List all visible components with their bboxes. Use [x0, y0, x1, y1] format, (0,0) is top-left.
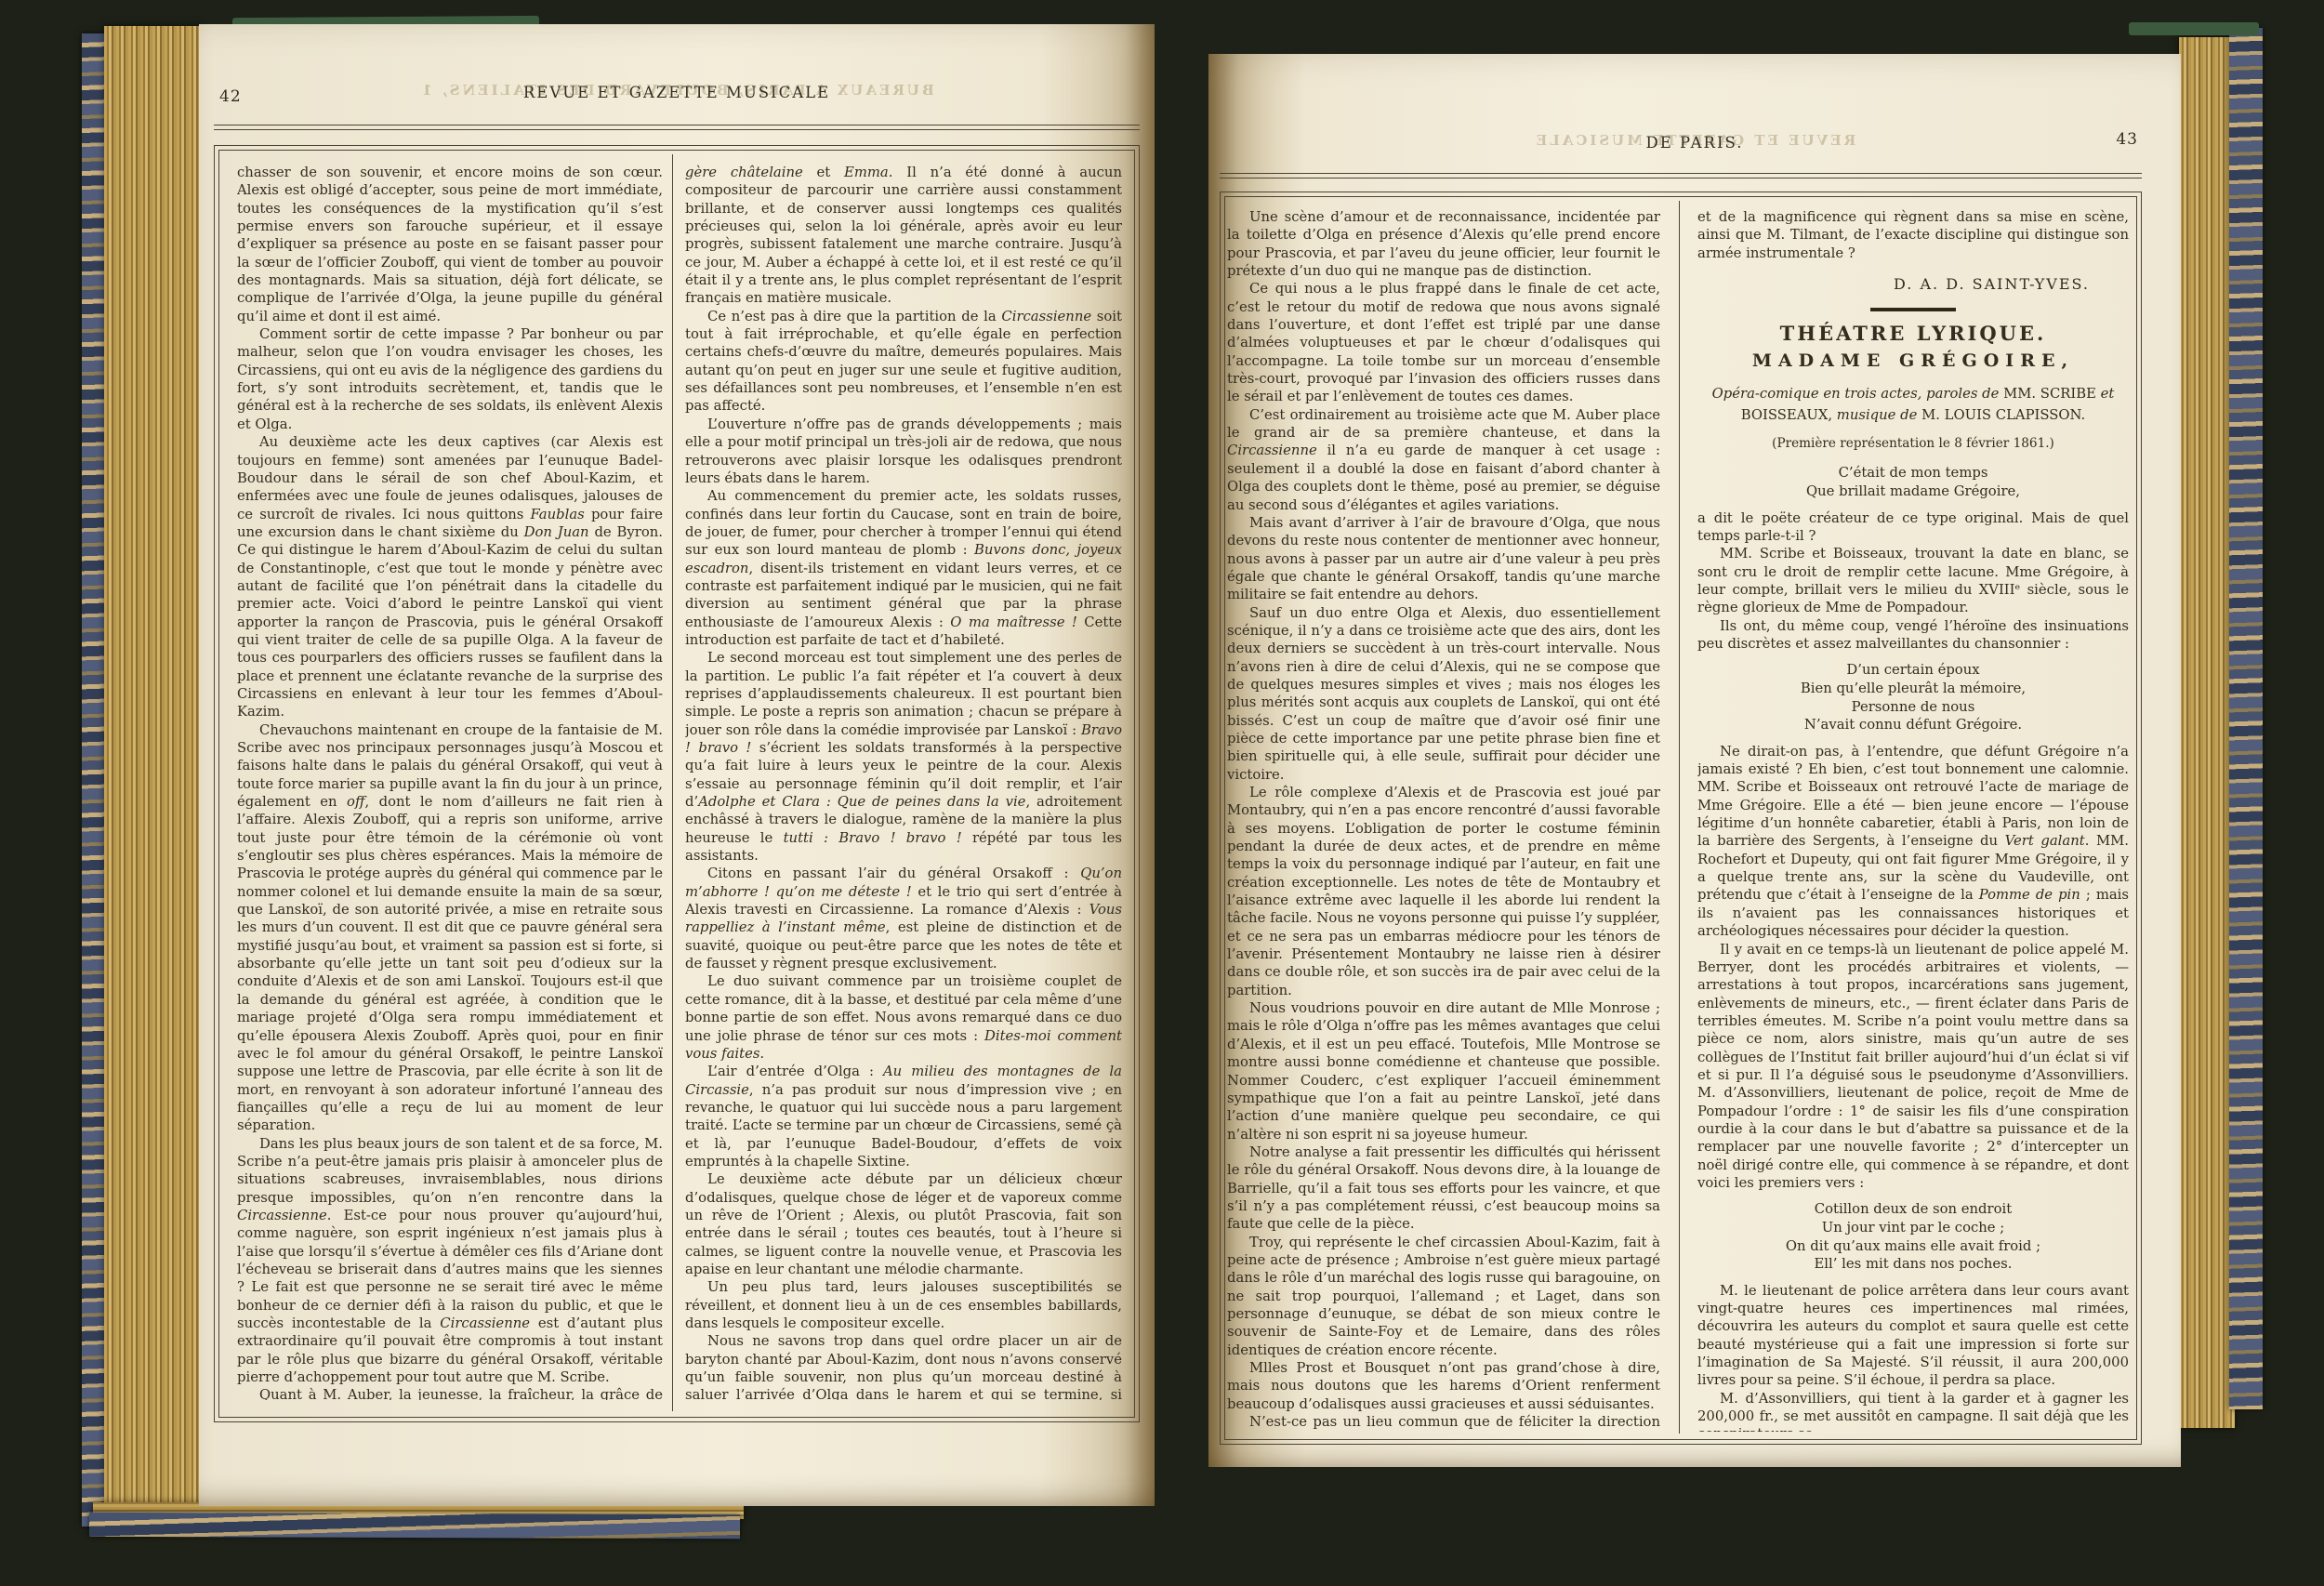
right-column-2: et de la magnificence qui règnent dans s… [1697, 208, 2129, 1432]
paragraph: Ce n’est pas à dire que la partition de … [685, 308, 1122, 416]
right-page-number: 43 [2116, 130, 2138, 149]
paragraph: Ce qui nous a le plus frappé dans le fin… [1227, 280, 1660, 405]
right-running-title: DE PARIS. [1208, 134, 2181, 152]
paragraph: L’air d’entrée d’Olga : Au milieu des mo… [685, 1063, 1122, 1170]
left-page-fore-edge [104, 26, 201, 1521]
paragraph: Chevauchons maintenant en croupe de la f… [237, 721, 663, 1135]
paragraph: Un peu plus tard, leurs jalouses suscept… [685, 1278, 1122, 1332]
paragraph: Le deuxième acte débute par un délicieux… [685, 1170, 1122, 1278]
paragraph: Nous voudrions pouvoir en dire autant de… [1227, 999, 1660, 1143]
paragraph: Le duo suivant commence par un troisième… [685, 972, 1122, 1063]
paragraph: Citons en passant l’air du général Orsak… [685, 865, 1122, 972]
paragraph: N’est-ce pas un lieu commun que de félic… [1227, 1413, 1660, 1432]
section-heading: THÉATRE LYRIQUE. [1697, 324, 2129, 342]
paragraph: Dans les plus beaux jours de son talent … [237, 1135, 663, 1387]
paragraph: Mlles Prost et Bousquet n’ont pas grand’… [1227, 1359, 1660, 1413]
paragraph: Troy, qui représente le chef circassien … [1227, 1234, 1660, 1359]
right-page: REVUE ET GAZETTE MUSICALE DE PARIS. 43 U… [1208, 54, 2181, 1467]
paragraph: a dit le poëte créateur de ce type origi… [1697, 509, 2129, 546]
author-signature: D. A. D. SAINT-YVES. [1697, 275, 2129, 293]
paragraph: M. le lieutenant de police arrêtera dans… [1697, 1282, 2129, 1390]
left-column-2: gère châtelaine et Emma. Il n’a été donn… [685, 164, 1122, 1400]
paragraph: Ils ont, du même coup, vengé l’héroïne d… [1697, 617, 2129, 654]
paragraph: chasser de son souvenir, et encore moins… [237, 164, 663, 325]
paragraph: MM. Scribe et Boisseaux, trouvant la dat… [1697, 545, 2129, 616]
right-board-marble-edge [2229, 28, 2263, 1409]
article-byline: Opéra-comique en trois actes, paroles de… [1697, 383, 2129, 426]
left-page: BUREAUX A PARIS, BOULEVARD DES ITALIENS,… [199, 24, 1155, 1506]
paragraph: Une scène d’amour et de reconnaissance, … [1227, 208, 1660, 280]
right-cover-tip [2129, 22, 2259, 35]
paragraph: et de la magnificence qui règnent dans s… [1697, 208, 2129, 262]
paragraph: Notre analyse a fait pressentir les diff… [1227, 1143, 1660, 1234]
paragraph: C’est ordinairement au troisième acte qu… [1227, 406, 1660, 514]
verse-quote: D’un certain épouxBien qu’elle pleurât l… [1697, 661, 2129, 734]
right-header-rule [1220, 173, 2142, 178]
paragraph: Quant à M. Auber, la jeunesse, la fraîch… [237, 1386, 663, 1400]
left-column-divider [672, 154, 673, 1411]
verse-quote: Cotillon deux de son endroitUn jour vint… [1697, 1200, 2129, 1273]
paragraph: L’ouverture n’offre pas de grands dévelo… [685, 416, 1122, 487]
paragraph: Il y avait en ce temps-là un lieutenant … [1697, 941, 2129, 1193]
paragraph: Au commencement du premier acte, les sol… [685, 487, 1122, 649]
article-title: MADAME GRÉGOIRE, [1697, 352, 2129, 370]
paragraph: gère châtelaine et Emma. Il n’a été donn… [685, 164, 1122, 308]
paragraph: Au deuxième acte les deux captives (car … [237, 433, 663, 721]
paragraph: M. d’Assonvilliers, qui tient à la garde… [1697, 1390, 2129, 1432]
paragraph: Le rôle complexe d’Alexis et de Prascovi… [1227, 784, 1660, 999]
paragraph: Sauf un duo entre Olga et Alexis, duo es… [1227, 604, 1660, 784]
bottom-left-marble-edge [89, 1513, 740, 1539]
section-rule [1870, 308, 1956, 311]
right-column-1: Une scène d’amour et de reconnaissance, … [1227, 208, 1660, 1432]
verse-quote: C’était de mon tempsQue brillait madame … [1697, 464, 2129, 500]
left-column-1: chasser de son souvenir, et encore moins… [237, 164, 663, 1400]
paragraph: Nous ne savons trop dans quel ordre plac… [685, 1332, 1122, 1400]
left-running-title: REVUE ET GAZETTE MUSICALE [199, 84, 1155, 101]
paragraph: Comment sortir de cette impasse ? Par bo… [237, 325, 663, 433]
left-header-rule [214, 125, 1140, 130]
premiere-note: (Première représentation le 8 février 18… [1697, 435, 2129, 453]
right-page-fore-edge [2179, 37, 2235, 1428]
book-photo: BUREAUX A PARIS, BOULEVARD DES ITALIENS,… [0, 0, 2324, 1586]
paragraph: Le second morceau est tout simplement un… [685, 649, 1122, 865]
paragraph: Ne dirait-on pas, à l’entendre, que défu… [1697, 743, 2129, 941]
paragraph: Mais avant d’arriver à l’air de bravoure… [1227, 514, 1660, 604]
right-column-divider [1679, 201, 1680, 1434]
